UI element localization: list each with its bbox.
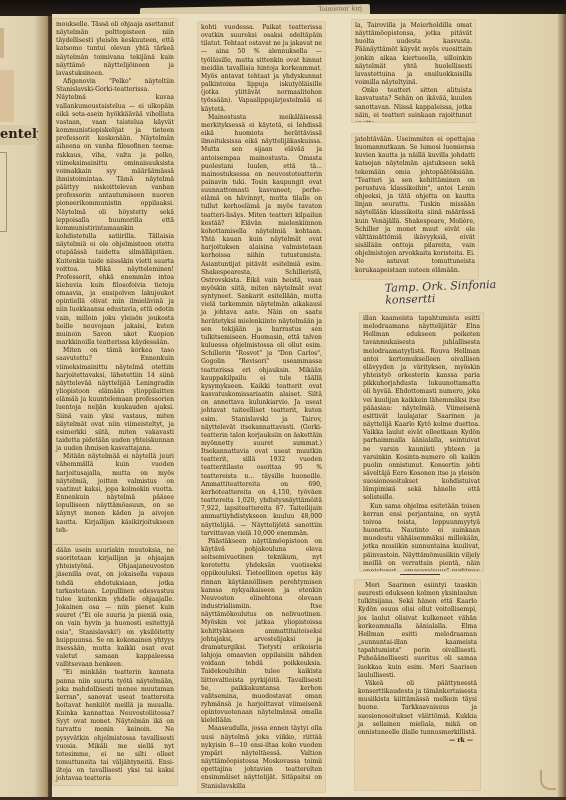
clipping-column2: kohti vuodessa. Paikat teatterissa ovatk…	[198, 22, 325, 792]
left-page-clipping	[0, 70, 14, 122]
paragraph: la, Tairovilla ja Meierholdilla omat näy…	[355, 22, 472, 87]
paragraph: Onko teatteri sitten alituista kasvatust…	[355, 87, 472, 122]
paragraph: Kun sama ohjelma esitetään toisen kerran…	[363, 503, 480, 571]
left-page-clipping-edge	[0, 28, 4, 58]
paragraph: Meri Saarinen esiintyi taaskin suuresti …	[358, 582, 477, 680]
author-signature: — rk —	[358, 737, 477, 745]
clipping-concert-review-2: Meri Saarinen esiintyi taaskin suuresti …	[355, 580, 480, 790]
paragraph: illan kaameista tapahtumista esitti melo…	[363, 315, 480, 503]
paragraph: Päästäkseen näyttämöopistoon on käytävä …	[201, 538, 322, 726]
clipping-divider-rule	[400, 574, 440, 575]
page-corner-curl	[540, 770, 556, 790]
paragraph: "Ei minkään teatterin kannata panna niin…	[56, 669, 174, 783]
left-page-heading-fragment: entely.	[0, 125, 38, 145]
clipping-column3-part-b: jatehtävään. Useimmiten ei opettajaa huo…	[352, 134, 478, 279]
paragraph: Väkeä oli päättyneestä konserttikaudesta…	[358, 680, 477, 737]
top-strip-text: Toimiston' kirj	[318, 5, 362, 13]
paragraph: Afigenovin "Pelko" näyteltiin Stanislavs…	[56, 78, 174, 347]
clipping-column1-part-b: dään usein suuriakin muutoksia, ne suori…	[53, 545, 177, 785]
page-edge-stack	[558, 14, 566, 800]
paragraph: moukselle. Tässä oli ohjaaja asettanut n…	[56, 21, 174, 78]
paragraph: jatehtävään. Useimmiten ei opettajaa huo…	[355, 136, 475, 275]
left-page-box-outline	[0, 152, 7, 232]
paragraph: Miten on tämä korkea taso saavutettu? En…	[56, 347, 174, 453]
paragraph: Mainostusta meikäläisessä merkityksessä …	[201, 114, 322, 538]
paragraph: kohti vuodessa. Paikat teatterissa ovatk…	[201, 24, 322, 114]
paragraph: dään usein suuriakin muutoksia, ne suori…	[56, 547, 174, 669]
clipping-column1-part-a: moukselle. Tässä oli ohjaaja asettanut n…	[53, 19, 177, 544]
clipping-concert-review: illan kaameista tapahtumista esitti melo…	[360, 313, 483, 571]
clipping-column3-part-a: la, Tairovilla ja Meierholdilla omat näy…	[352, 20, 475, 122]
paragraph: Mitään näytelmää ei näytellä juuri vähem…	[56, 453, 174, 535]
paragraph: Maaseudulla, jossa ennen täytyi olla uus…	[201, 725, 322, 790]
